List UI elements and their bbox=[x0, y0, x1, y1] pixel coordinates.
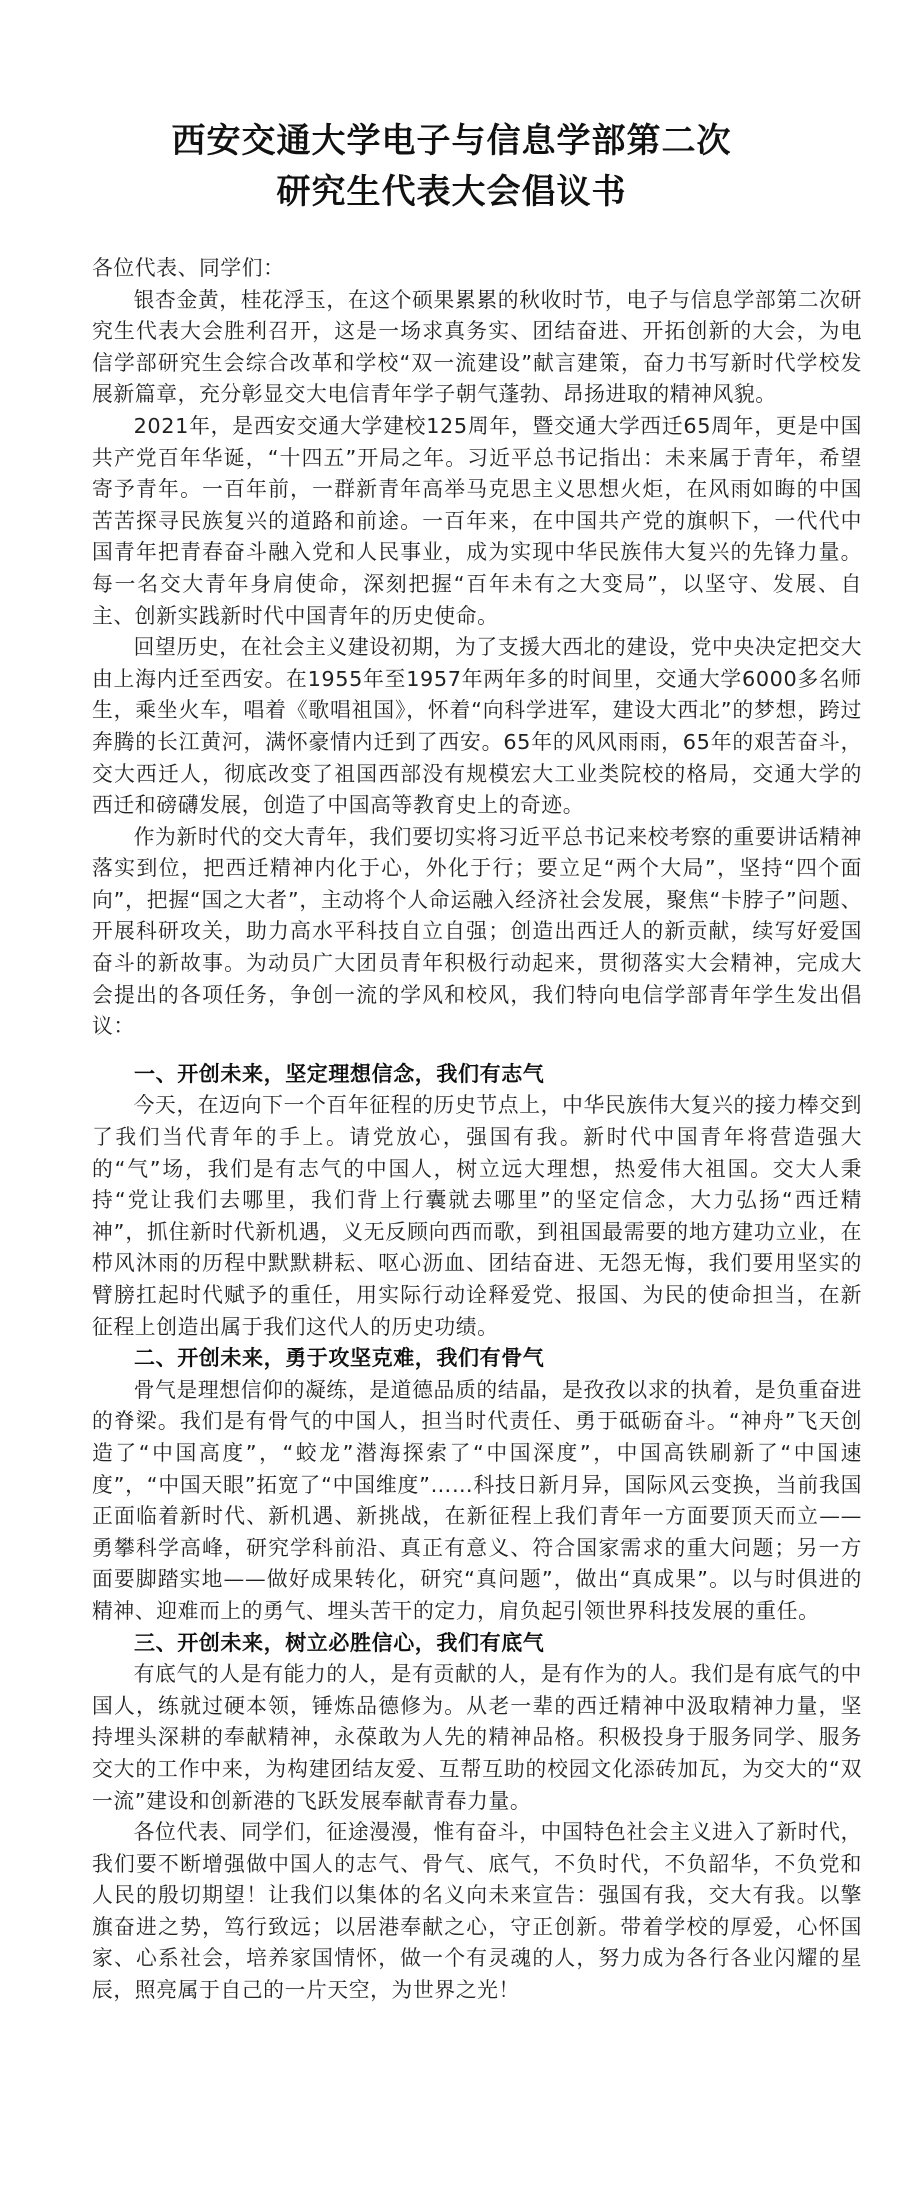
section-2-heading: 二、开创未来，勇于攻坚克难，我们有骨气 bbox=[92, 1343, 862, 1375]
intro-paragraph-3: 回望历史，在社会主义建设初期，为了支援大西北的建设，党中央决定把交大由上海内迁至… bbox=[92, 632, 862, 822]
section-3-heading: 三、开创未来，树立必胜信心，我们有底气 bbox=[92, 1628, 862, 1660]
intro-paragraph-1: 银杏金黄，桂花浮玉，在这个硕果累累的秋收时节，电子与信息学部第二次研究生代表大会… bbox=[92, 285, 862, 411]
section-1-body: 今天，在迈向下一个百年征程的历史节点上，中华民族伟大复兴的接力棒交到了我们当代青… bbox=[92, 1090, 862, 1343]
section-1-heading: 一、开创未来，坚定理想信念，我们有志气 bbox=[92, 1059, 862, 1091]
intro-paragraph-4: 作为新时代的交大青年，我们要切实将习近平总书记来校考察的重要讲话精神落实到位，把… bbox=[92, 822, 862, 1043]
section-2-body: 骨气是理想信仰的凝练，是道德品质的结晶，是孜孜以求的执着，是负重奋进的脊梁。我们… bbox=[92, 1375, 862, 1628]
document-body: 各位代表、同学们： 银杏金黄，桂花浮玉，在这个硕果累累的秋收时节，电子与信息学部… bbox=[92, 253, 862, 2007]
document-title-line2: 研究生代表大会倡议书 bbox=[0, 164, 903, 213]
closing-paragraph: 各位代表、同学们，征途漫漫，惟有奋斗，中国特色社会主义进入了新时代，我们要不断增… bbox=[92, 1817, 862, 2007]
document-title-line1: 西安交通大学电子与信息学部第二次 bbox=[0, 113, 903, 162]
section-3-body: 有底气的人是有能力的人，是有贡献的人，是有作为的人。我们是有底气的中国人，练就过… bbox=[92, 1659, 862, 1817]
intro-paragraph-2: 2021年，是西安交通大学建校125周年，暨交通大学西迁65周年，更是中国共产党… bbox=[92, 411, 862, 632]
document-page: 西安交通大学电子与信息学部第二次 研究生代表大会倡议书 各位代表、同学们： 银杏… bbox=[0, 0, 903, 2201]
greeting: 各位代表、同学们： bbox=[92, 253, 862, 285]
